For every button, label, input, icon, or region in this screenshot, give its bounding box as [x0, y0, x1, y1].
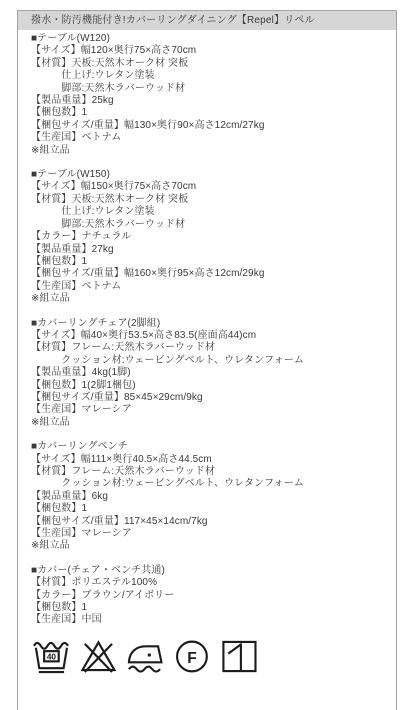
- spec-line: ※組立品: [31, 293, 388, 305]
- spec-line: ※組立品: [31, 417, 388, 429]
- spec-line: クッション材:ウェービングベルト、ウレタンフォーム: [31, 355, 388, 367]
- spec-line: 【カラー】ナチュラル: [31, 231, 388, 243]
- spec-line: ※組立品: [31, 540, 388, 552]
- spec-line: 【サイズ】幅40×奥行53.5×高さ83.5(座面高44)cm: [31, 330, 388, 342]
- spec-line: 脚部:天然木ラバーウッド材: [31, 219, 388, 231]
- spec-line: 【材質】フレーム:天然木ラバーウッド材: [31, 342, 388, 354]
- section-heading: ■カバーリングチェア(2脚組): [31, 318, 388, 330]
- spec-section: ■テーブル(W120)【サイズ】幅120×奥行75×高さ70cm【材質】天板:天…: [31, 33, 388, 157]
- spec-line: 【材質】フレーム:天然木ラバーウッド材: [31, 466, 388, 478]
- spec-line: 【生産国】中国: [31, 614, 388, 626]
- spec-line: 【サイズ】幅111×奥行40.5×高さ44.5cm: [31, 454, 388, 466]
- wash-temp-label: 40: [47, 652, 57, 661]
- spec-line: 【生産国】ベトナム: [31, 281, 388, 293]
- spec-line: 【梱包数】1: [31, 107, 388, 119]
- dry-clean-f-icon: F: [173, 639, 212, 666]
- spec-section: ■テーブル(W150)【サイズ】幅150×奥行75×高さ70cm【材質】天板:天…: [31, 169, 388, 305]
- spec-line: 【材質】天板:天然木オーク材 突板: [31, 58, 388, 70]
- spec-line: 脚部:天然木ラバーウッド材: [31, 83, 388, 95]
- spec-line: 仕上げ:ウレタン塗装: [31, 206, 388, 218]
- spec-line: 【生産国】ベトナム: [31, 132, 388, 144]
- care-symbols-row: 40 F: [32, 639, 388, 666]
- spec-line: 【梱包数】1(2脚1梱包): [31, 380, 388, 392]
- spec-line: 【梱包数】1: [31, 602, 388, 614]
- section-heading: ■カバー(チェア・ベンチ共通): [31, 565, 388, 577]
- spec-line: 【製品重量】25kg: [31, 95, 388, 107]
- spec-line: 【製品重量】27kg: [31, 244, 388, 256]
- spec-sheet: 撥水・防汚機能付き!カバーリングダイニング【Repel】リペル ■テーブル(W1…: [17, 10, 397, 666]
- spec-sections: ■テーブル(W120)【サイズ】幅120×奥行75×高さ70cm【材質】天板:天…: [31, 33, 388, 627]
- spec-line: クッション材:ウェービングベルト、ウレタンフォーム: [31, 478, 388, 490]
- spec-line: 【梱包サイズ/重量】幅160×奥行95×高さ12cm/29kg: [31, 268, 388, 280]
- spec-line: 【梱包サイズ/重量】幅130×奥行90×高さ12cm/27kg: [31, 120, 388, 132]
- spec-section: ■カバーリングベンチ【サイズ】幅111×奥行40.5×高さ44.5cm【材質】フ…: [31, 441, 388, 553]
- spec-line: 【梱包サイズ/重量】85×45×29cm/9kg: [31, 392, 388, 404]
- spec-line: 【梱包数】1: [31, 256, 388, 268]
- spec-line: 【材質】ポリエステル100%: [31, 577, 388, 589]
- spec-section: ■カバーリングチェア(2脚組)【サイズ】幅40×奥行53.5×高さ83.5(座面…: [31, 318, 388, 430]
- do-not-bleach-icon: [79, 639, 118, 666]
- page-title: 撥水・防汚機能付き!カバーリングダイニング【Repel】リペル: [18, 11, 396, 30]
- spec-line: 【材質】天板:天然木オーク材 突板: [31, 194, 388, 206]
- hang-dry-shade-icon: [220, 639, 259, 666]
- machine-wash-40-icon: 40: [32, 639, 71, 666]
- spec-line: 【サイズ】幅120×奥行75×高さ70cm: [31, 45, 388, 57]
- spec-line: 【生産国】マレーシア: [31, 404, 388, 416]
- spec-line: 【生産国】マレーシア: [31, 528, 388, 540]
- dry-clean-letter: F: [187, 650, 197, 666]
- spec-line: 仕上げ:ウレタン塗装: [31, 70, 388, 82]
- section-heading: ■カバーリングベンチ: [31, 441, 388, 453]
- spec-line: 【製品重量】4kg(1脚): [31, 367, 388, 379]
- iron-press-cloth-icon: [126, 639, 165, 666]
- spec-line: ※組立品: [31, 145, 388, 157]
- spec-line: 【梱包数】1: [31, 503, 388, 515]
- spec-content: ■テーブル(W120)【サイズ】幅120×奥行75×高さ70cm【材質】天板:天…: [18, 30, 396, 666]
- spec-line: 【カラー】ブラウン/アイボリー: [31, 590, 388, 602]
- spec-section: ■カバー(チェア・ベンチ共通)【材質】ポリエステル100%【カラー】ブラウン/ア…: [31, 565, 388, 627]
- section-heading: ■テーブル(W150): [31, 169, 388, 181]
- spec-line: 【梱包サイズ/重量】117×45×14cm/7kg: [31, 516, 388, 528]
- section-heading: ■テーブル(W120): [31, 33, 388, 45]
- spec-line: 【サイズ】幅150×奥行75×高さ70cm: [31, 181, 388, 193]
- spec-line: 【製品重量】6kg: [31, 491, 388, 503]
